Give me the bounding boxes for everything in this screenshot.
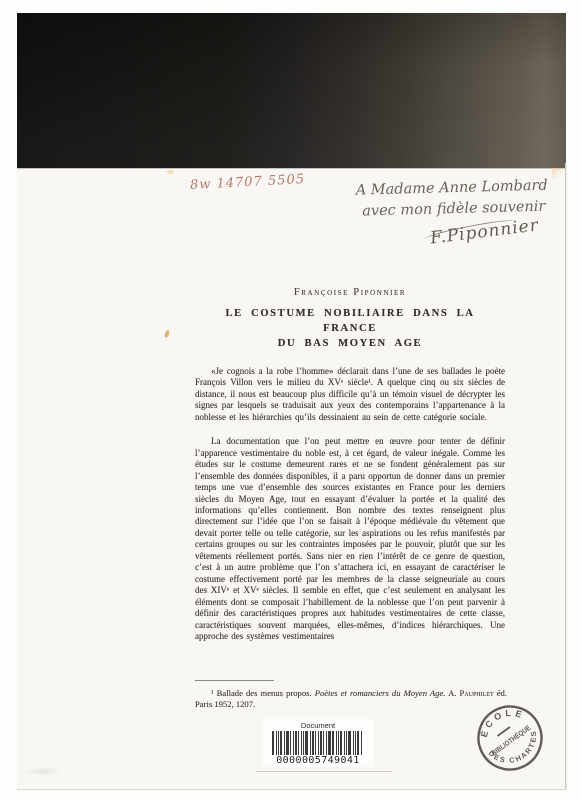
stamp-middle-rule [497,726,511,737]
article: Françoise Piponnier LE COSTUME NOBILIAIR… [195,287,505,642]
footnote-roman-text: Ballade des menus propos. [217,688,315,698]
barcode-bars [272,731,364,755]
barcode-sticker: Document 0000005749041 [263,719,373,767]
page-right-edge-highlight [566,163,567,790]
scanned-document-screenshot: 8w 14707 5505 A Madame Anne Lombard avec… [0,0,581,800]
barcode-underline [256,771,392,772]
article-title-line-2: DU BAS MOYEN AGE [195,336,505,351]
footnote-editor-name: Pauphilet [460,688,494,698]
page-bottom-edge [17,789,566,790]
article-title: LE COSTUME NOBILIAIRE DANS LA FRANCE DU … [195,306,505,351]
barcode-label: Document [263,721,373,730]
paragraph-1: «Je cognois a la robe l’homme» déclarait… [195,366,505,423]
paper-speck [164,330,170,339]
dedication-handwriting: A Madame Anne Lombard avec mon fidèle so… [355,175,556,222]
paragraph-2: La documentation que l’on peut mettre en… [195,436,505,642]
article-title-line-1: LE COSTUME NOBILIAIRE DANS LA FRANCE [195,306,505,336]
footnote-rule [195,680,274,681]
scan-smudge [25,767,61,776]
footnote-italic-title: Poètes et romanciers du Moyen Age. [315,688,446,698]
footnote: ¹ Ballade des menus propos. Poètes et ro… [195,688,507,710]
paper-speck [167,170,174,174]
footnote-editor-prefix: A. [448,688,459,698]
library-stamp: ÉCOLE DES CHARTES BIBLIOTHÈQUE [475,703,545,773]
author-name: Françoise Piponnier [195,287,505,298]
scanner-dark-band [17,13,566,168]
barcode-number: 0000005749041 [263,755,373,766]
